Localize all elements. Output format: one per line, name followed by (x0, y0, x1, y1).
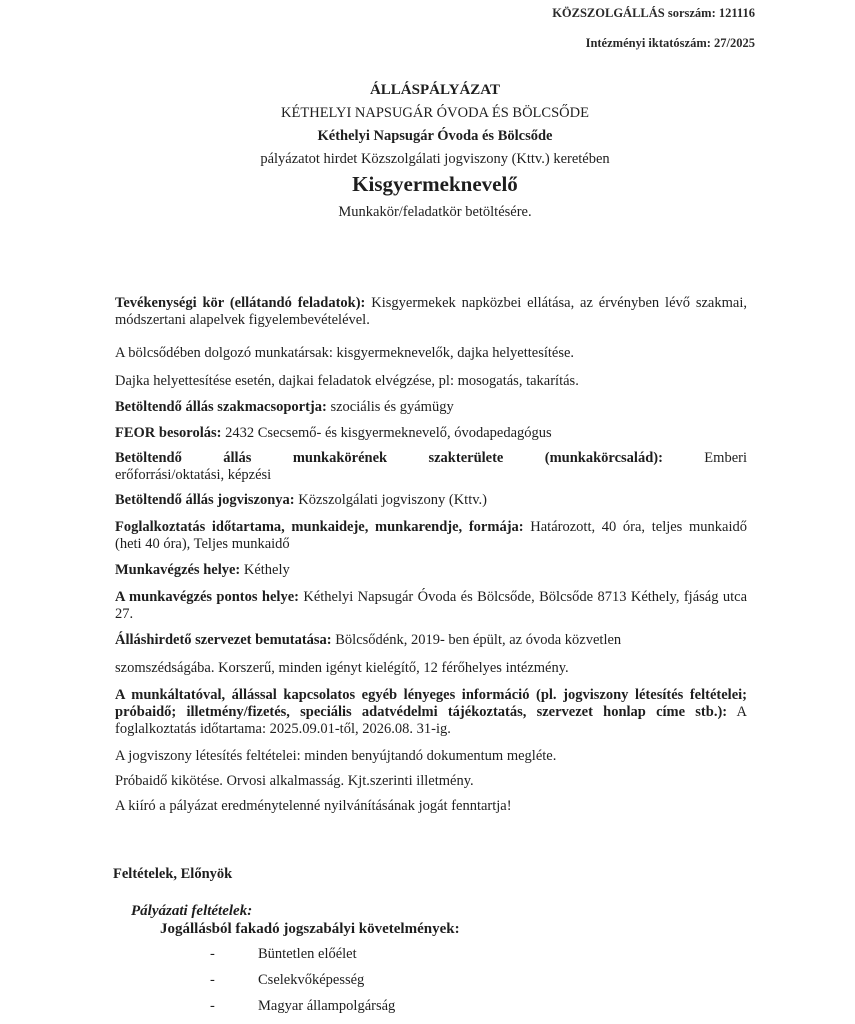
probation-info: Próbaidő kikötése. Orvosi alkalmasság. K… (115, 773, 747, 790)
position-title: Kisgyermeknevelő (0, 172, 855, 197)
organization-intro: Álláshirdető szervezet bemutatása: Bölcs… (115, 632, 747, 649)
registration-number: Intézményi iktatószám: 27/2025 (586, 36, 755, 51)
conditions-info: A jogviszony létesítés feltételei: minde… (115, 748, 747, 765)
legal-requirements-title: Jogállásból fakadó jogszabályi követelmé… (160, 921, 460, 938)
dash-bullet-icon: - (210, 998, 258, 1015)
job-field: Betöltendő állás munkakörének szakterüle… (115, 450, 747, 484)
substitute-tasks: Dajka helyettesítése esetén, dajkai fela… (115, 373, 747, 390)
other-info: A munkáltatóval, állással kapcsolatos eg… (115, 687, 747, 738)
list-item: -Cselekvőképesség (210, 972, 364, 989)
institution-name: Kéthelyi Napsugár Óvoda és Bölcsőde (0, 128, 855, 145)
list-item: -Büntetlen előélet (210, 946, 357, 963)
list-item: -Magyar állampolgárság (210, 998, 395, 1015)
document-type: ÁLLÁSPÁLYÁZAT (0, 82, 855, 99)
legal-relationship: Betöltendő állás jogviszonya: Közszolgál… (115, 492, 747, 509)
work-location: Munkavégzés helye: Kéthely (115, 562, 747, 579)
dash-bullet-icon: - (210, 972, 258, 989)
professional-group: Betöltendő állás szakmacsoportja: szociá… (115, 399, 747, 416)
serial-number: KÖZSZOLGÁLLÁS sorszám: 121116 (552, 6, 755, 21)
institution-upper: KÉTHELYI NAPSUGÁR ÓVODA ÉS BÖLCSŐDE (0, 105, 855, 122)
feor-classification: FEOR besorolás: 2432 Csecsemő- és kisgye… (115, 425, 747, 442)
colleagues-info: A bölcsődében dolgozó munkatársak: kisgy… (115, 345, 747, 362)
conditions-section-title: Feltételek, Előnyök (113, 866, 232, 883)
position-purpose: Munkakör/feladatkör betöltésére. (0, 204, 855, 221)
dash-bullet-icon: - (210, 946, 258, 963)
organization-intro-cont: szomszédságába. Korszerű, minden igényt … (115, 660, 747, 677)
activity-scope: Tevékenységi kör (ellátandó feladatok): … (115, 295, 747, 329)
application-conditions-title: Pályázati feltételek: (131, 903, 252, 920)
exact-work-location: A munkavégzés pontos helye: Kéthelyi Nap… (115, 589, 747, 623)
announcement-line: pályázatot hirdet Közszolgálati jogviszo… (0, 151, 855, 168)
employment-terms: Foglalkoztatás időtartama, munkaideje, m… (115, 519, 747, 553)
disclaimer: A kiíró a pályázat eredménytelenné nyilv… (115, 798, 747, 815)
